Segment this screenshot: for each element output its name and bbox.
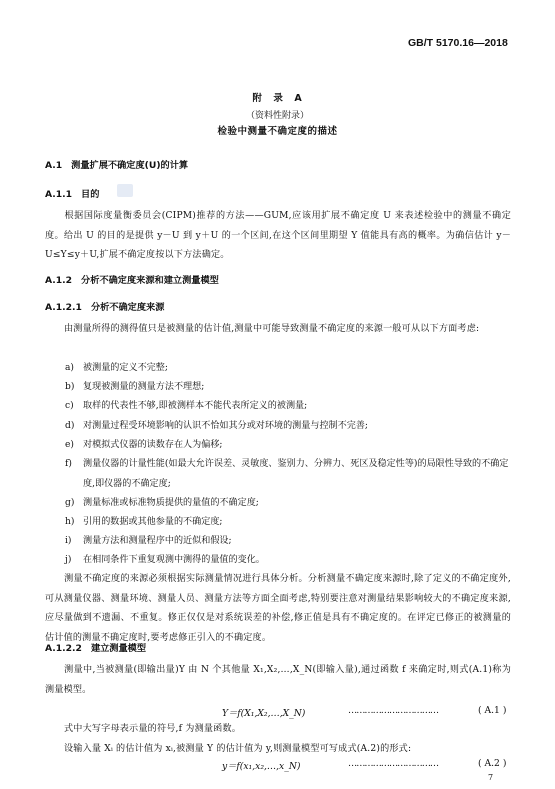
list-item: d)对测量过程受环境影响的认识不恰如其分或对环境的测量与控制不完善;: [65, 417, 511, 437]
section-number: A.1: [45, 160, 62, 171]
section-a122-heading: A.1.2.2建立测量模型: [45, 640, 146, 654]
list-item: i)测量方法和测量程序中的近似和假设;: [65, 532, 511, 552]
section-a1-heading: A.1测量扩展不确定度(U)的计算: [45, 157, 188, 171]
section-a12-heading: A.1.2分析不确定度来源和建立测量模型: [45, 272, 219, 286]
list-item: b)复现被测量的测量方法不理想;: [65, 378, 511, 398]
paragraph-purpose: 根据国际度量衡委员会(CIPM)推荐的方法——GUM,应该用扩展不确定度 U 来…: [45, 207, 511, 266]
list-item: a)被测量的定义不完整;: [65, 359, 511, 379]
section-title: 目的: [81, 189, 99, 200]
section-title: 分析不确定度来源: [91, 302, 165, 313]
section-title: 建立测量模型: [91, 643, 146, 654]
appendix-type: （资料性附录）: [0, 108, 555, 121]
paragraph-sources-closing: 测量不确定度的来源必须根据实际测量情况进行具体分析。分析测量不确定度来源时,除了…: [45, 570, 511, 648]
section-number: A.1.2.2: [45, 643, 82, 654]
equation-leader: ……………………………: [348, 758, 438, 769]
equation-number: ( A.2 ): [478, 758, 506, 769]
paragraph-sources-intro: 由测量所得的测得值只是被测量的估计值,测量中可能导致测量不确定度的来源一般可从以…: [45, 320, 511, 340]
section-number: A.1.1: [45, 189, 72, 200]
list-item: e)对模拟式仪器的读数存在人为偏移;: [65, 436, 511, 456]
list-item: h)引用的数据或其他参量的不确定度;: [65, 513, 511, 533]
list-item: f)测量仪器的计量性能(如最大允许误差、灵敏度、鉴别力、分辨力、死区及稳定性等)…: [65, 455, 511, 494]
watermark-logo-icon: [117, 184, 133, 197]
list-item: j)在相同条件下重复观测中测得的量值的变化。: [65, 551, 511, 571]
standard-number: GB/T 5170.16—2018: [408, 37, 508, 49]
equation-leader: ……………………………: [348, 705, 438, 716]
paragraph-model: 测量中,当被测量(即输出量)Y 由 N 个其他量 X₁,X₂,…,X_N(即输入…: [45, 661, 511, 700]
paragraph-eq2-intro: 设输入量 Xᵢ 的估计值为 xᵢ,被测量 Y 的估计值为 y,则测量模型可写成式…: [45, 740, 511, 760]
appendix-title: 检验中测量不确定度的描述: [0, 123, 555, 137]
paragraph-eq1-note: 式中大写字母表示量的符号,f 为测量函数。: [45, 720, 511, 740]
list-item: g)测量标准或标准物质提供的量值的不确定度;: [65, 494, 511, 514]
equation-a1: Y＝f(X₁,X₂,…,X_N): [222, 705, 305, 719]
equation-number: ( A.1 ): [478, 705, 506, 716]
appendix-label: 附 录 A: [0, 90, 555, 104]
section-title: 测量扩展不确定度(U)的计算: [71, 160, 188, 171]
section-number: A.1.2.1: [45, 302, 82, 313]
section-a121-heading: A.1.2.1分析不确定度来源: [45, 299, 164, 313]
equation-a2: y＝f(x₁,x₂,…,x_N): [222, 758, 300, 772]
section-a11-heading: A.1.1目的: [45, 186, 99, 200]
list-item: c)取样的代表性不够,即被测样本不能代表所定义的被测量;: [65, 397, 511, 417]
page-number: 7: [488, 773, 493, 782]
section-title: 分析不确定度来源和建立测量模型: [81, 275, 219, 286]
section-number: A.1.2: [45, 275, 72, 286]
